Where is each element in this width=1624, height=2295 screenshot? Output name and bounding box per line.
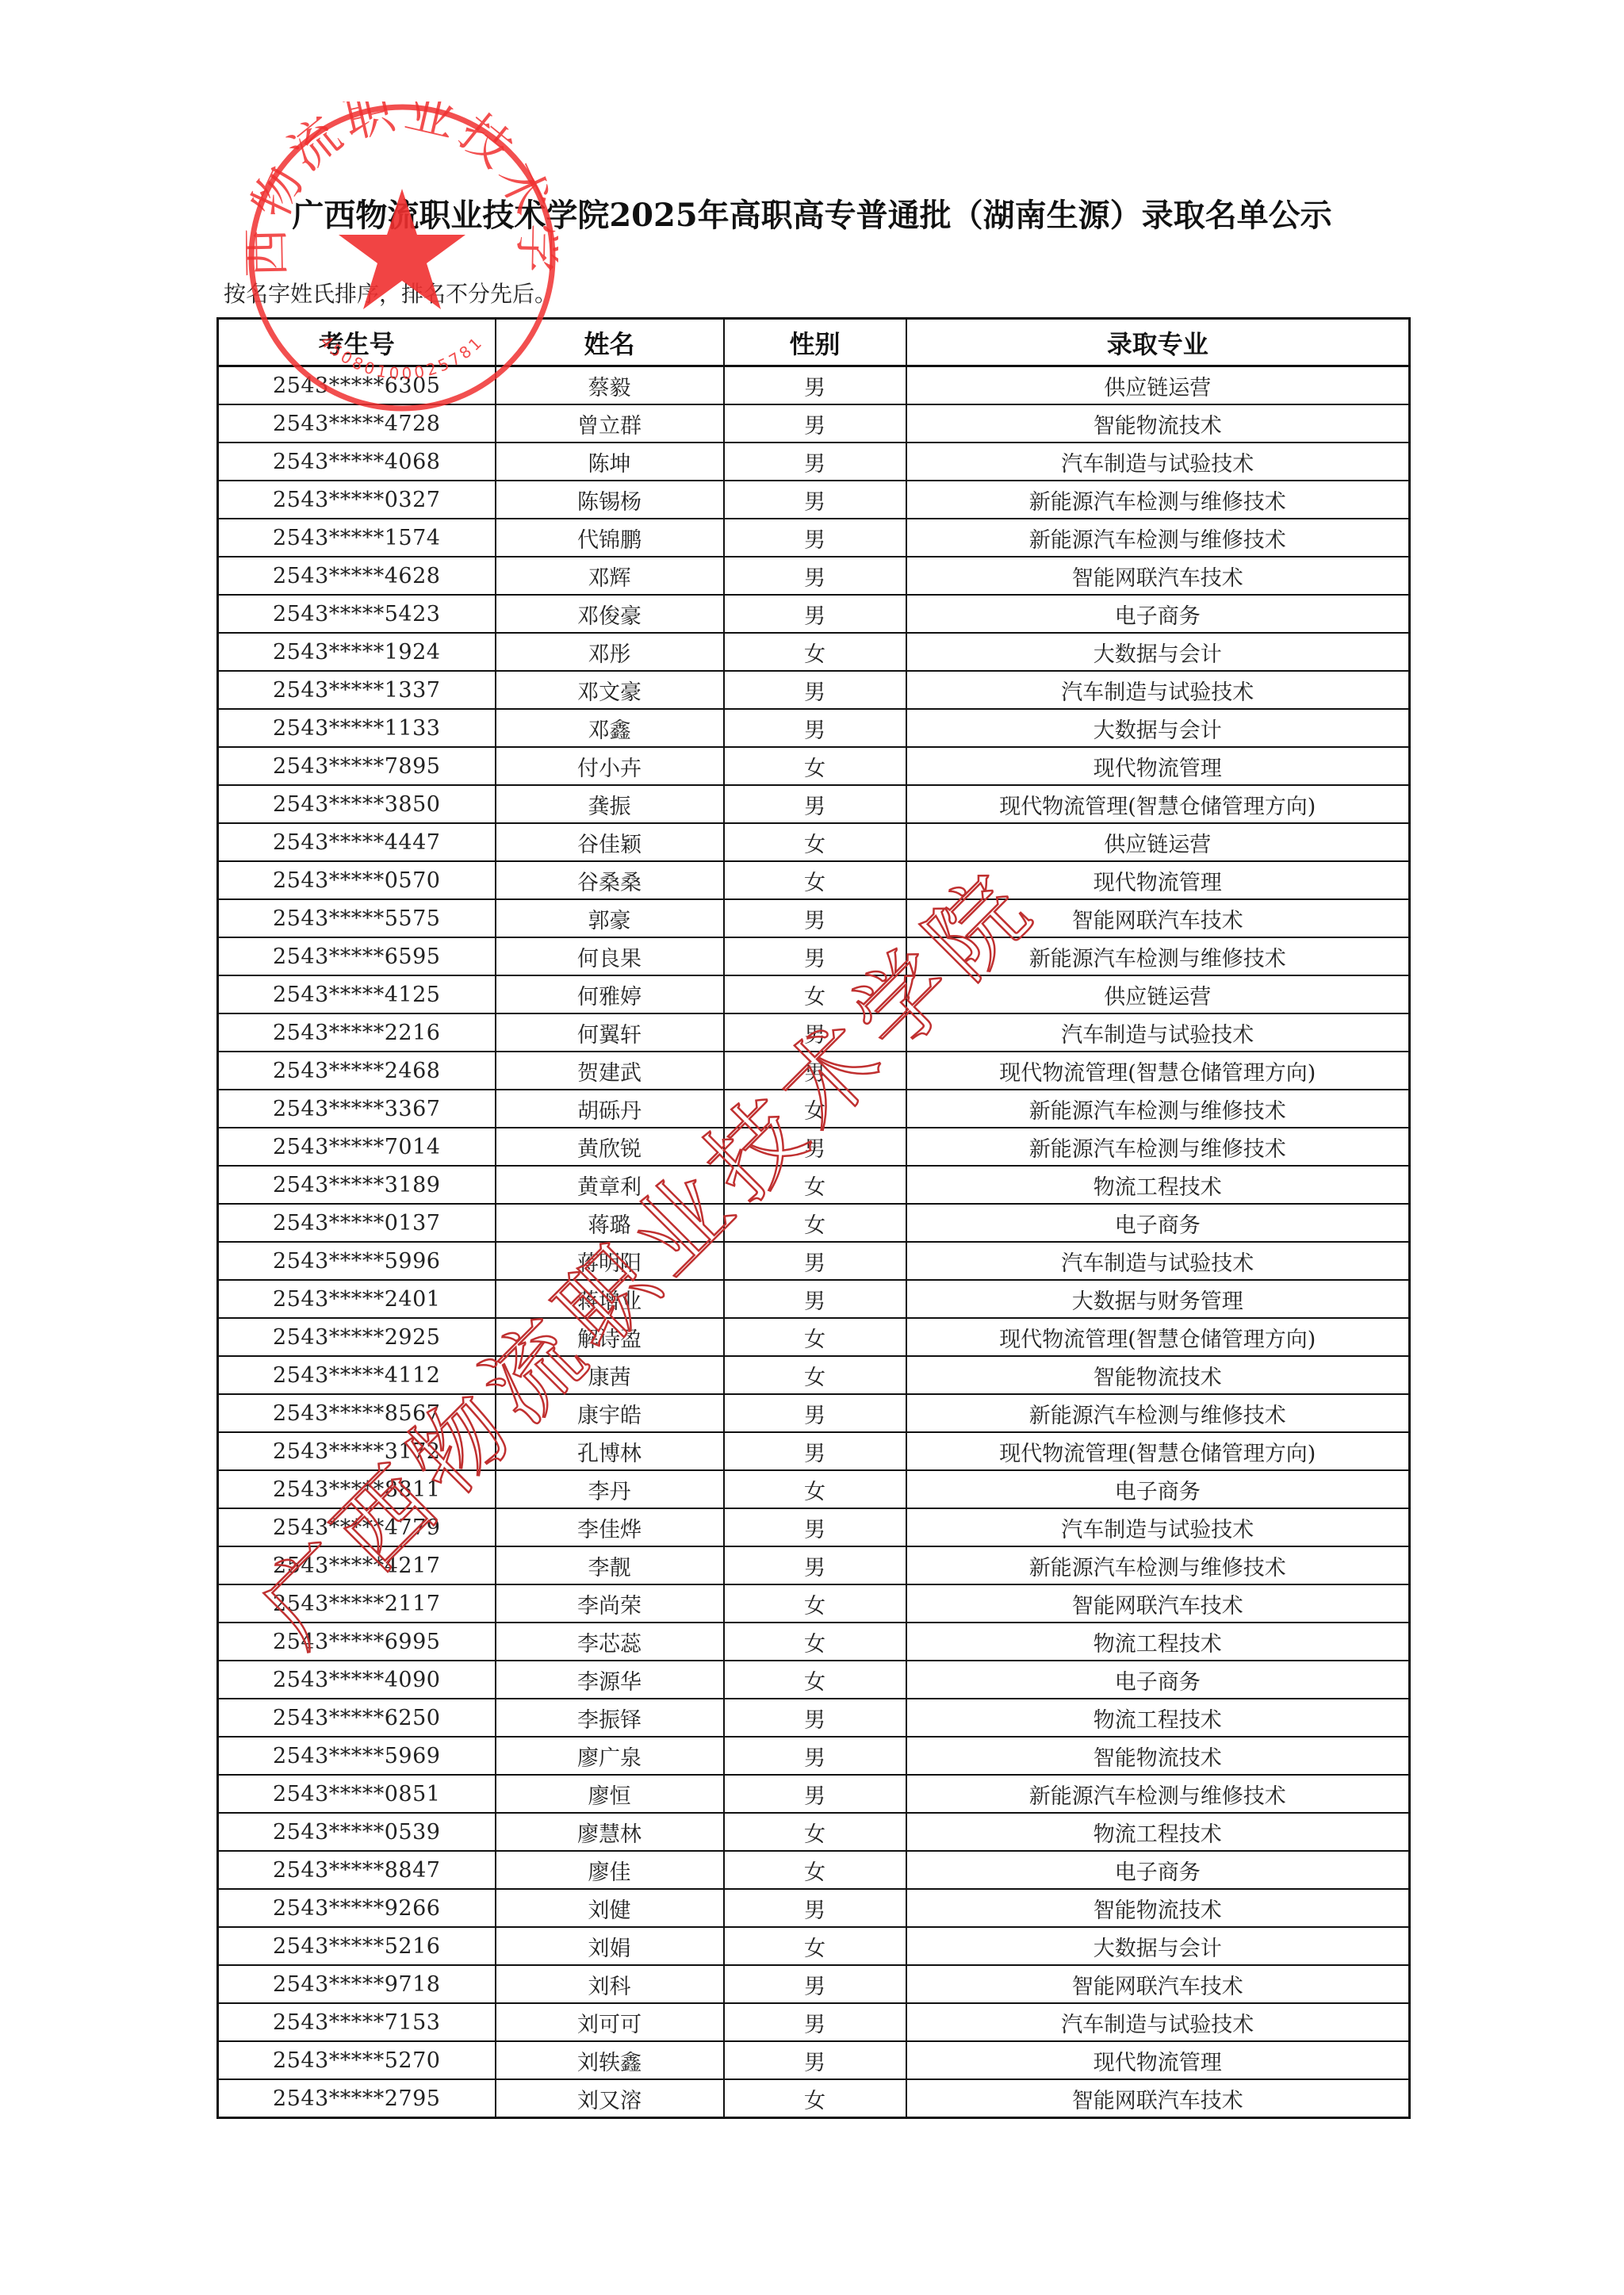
cell-major: 智能物流技术	[906, 1889, 1410, 1927]
cell-gender: 男	[724, 671, 906, 709]
table-row: 2543*****5575郭豪男智能网联汽车技术	[218, 899, 1410, 937]
sorting-note: 按名字姓氏排序，排名不分先后。	[224, 277, 557, 308]
cell-exam-id: 2543*****3850	[218, 785, 496, 823]
cell-gender: 女	[724, 975, 906, 1013]
cell-major: 供应链运营	[906, 366, 1410, 405]
cell-gender: 女	[724, 823, 906, 861]
cell-gender: 男	[724, 709, 906, 747]
cell-exam-id: 2543*****5270	[218, 2041, 496, 2079]
cell-major: 现代物流管理	[906, 2041, 1410, 2079]
cell-exam-id: 2543*****9718	[218, 1965, 496, 2003]
cell-gender: 男	[724, 519, 906, 557]
table-row: 2543*****8567康宇皓男新能源汽车检测与维修技术	[218, 1394, 1410, 1432]
cell-exam-id: 2543*****6995	[218, 1623, 496, 1661]
cell-exam-id: 2543*****2468	[218, 1052, 496, 1090]
cell-name: 贺建武	[496, 1052, 724, 1090]
cell-major: 电子商务	[906, 1204, 1410, 1242]
cell-exam-id: 2543*****3367	[218, 1090, 496, 1128]
table-row: 2543*****1133邓鑫男大数据与会计	[218, 709, 1410, 747]
cell-gender: 男	[724, 1889, 906, 1927]
cell-gender: 女	[724, 1661, 906, 1699]
table-row: 2543*****4112康茜女智能物流技术	[218, 1356, 1410, 1394]
cell-gender: 男	[724, 2041, 906, 2079]
table-row: 2543*****0851廖恒男新能源汽车检测与维修技术	[218, 1775, 1410, 1813]
cell-exam-id: 2543*****7153	[218, 2003, 496, 2041]
cell-gender: 女	[724, 1470, 906, 1508]
cell-name: 何良果	[496, 937, 724, 975]
cell-exam-id: 2543*****8811	[218, 1470, 496, 1508]
cell-major: 现代物流管理(智慧仓储管理方向)	[906, 1318, 1410, 1356]
table-row: 2543*****2468贺建武男现代物流管理(智慧仓储管理方向)	[218, 1052, 1410, 1090]
cell-exam-id: 2543*****8567	[218, 1394, 496, 1432]
cell-gender: 女	[724, 1584, 906, 1623]
cell-exam-id: 2543*****2795	[218, 2079, 496, 2118]
cell-name: 李丹	[496, 1470, 724, 1508]
cell-name: 郭豪	[496, 899, 724, 937]
cell-exam-id: 2543*****7895	[218, 747, 496, 785]
cell-name: 刘又溶	[496, 2079, 724, 2118]
header-gender: 性别	[724, 319, 906, 366]
table-row: 2543*****4125何雅婷女供应链运营	[218, 975, 1410, 1013]
cell-name: 邓俊豪	[496, 595, 724, 633]
cell-gender: 男	[724, 1013, 906, 1052]
cell-major: 电子商务	[906, 1661, 1410, 1699]
cell-major: 电子商务	[906, 595, 1410, 633]
cell-gender: 男	[724, 366, 906, 405]
cell-major: 供应链运营	[906, 823, 1410, 861]
cell-name: 康茜	[496, 1356, 724, 1394]
table-row: 2543*****3850龚振男现代物流管理(智慧仓储管理方向)	[218, 785, 1410, 823]
cell-name: 李尚荣	[496, 1584, 724, 1623]
cell-major: 电子商务	[906, 1470, 1410, 1508]
cell-exam-id: 2543*****2925	[218, 1318, 496, 1356]
table-row: 2543*****3172孔博林男现代物流管理(智慧仓储管理方向)	[218, 1432, 1410, 1470]
cell-gender: 男	[724, 1052, 906, 1090]
table-row: 2543*****7153刘可可男汽车制造与试验技术	[218, 2003, 1410, 2041]
cell-major: 物流工程技术	[906, 1623, 1410, 1661]
table-row: 2543*****5996蒋明阳男汽车制造与试验技术	[218, 1242, 1410, 1280]
cell-name: 李振铎	[496, 1699, 724, 1737]
cell-exam-id: 2543*****9266	[218, 1889, 496, 1927]
table-body: 2543*****6305蔡毅男供应链运营2543*****4728曾立群男智能…	[218, 366, 1410, 2118]
cell-exam-id: 2543*****0327	[218, 481, 496, 519]
header-name: 姓名	[496, 319, 724, 366]
cell-name: 邓彤	[496, 633, 724, 671]
cell-name: 蒋明阳	[496, 1242, 724, 1280]
cell-gender: 男	[724, 1546, 906, 1584]
cell-name: 廖广泉	[496, 1737, 724, 1775]
cell-gender: 男	[724, 1394, 906, 1432]
cell-major: 新能源汽车检测与维修技术	[906, 481, 1410, 519]
cell-major: 新能源汽车检测与维修技术	[906, 1394, 1410, 1432]
cell-exam-id: 2543*****6250	[218, 1699, 496, 1737]
cell-exam-id: 2543*****4217	[218, 1546, 496, 1584]
cell-major: 智能网联汽车技术	[906, 557, 1410, 595]
cell-gender: 男	[724, 404, 906, 443]
cell-name: 廖恒	[496, 1775, 724, 1813]
cell-major: 新能源汽车检测与维修技术	[906, 519, 1410, 557]
cell-exam-id: 2543*****4628	[218, 557, 496, 595]
table-header-row: 考生号 姓名 性别 录取专业	[218, 319, 1410, 366]
cell-exam-id: 2543*****6305	[218, 366, 496, 405]
cell-name: 孔博林	[496, 1432, 724, 1470]
table-row: 2543*****7895付小卉女现代物流管理	[218, 747, 1410, 785]
cell-major: 物流工程技术	[906, 1166, 1410, 1204]
table-row: 2543*****5969廖广泉男智能物流技术	[218, 1737, 1410, 1775]
cell-major: 汽车制造与试验技术	[906, 443, 1410, 481]
cell-name: 廖佳	[496, 1851, 724, 1889]
cell-gender: 男	[724, 1242, 906, 1280]
cell-name: 李芯蕊	[496, 1623, 724, 1661]
cell-gender: 女	[724, 2079, 906, 2118]
cell-gender: 女	[724, 861, 906, 899]
cell-name: 刘健	[496, 1889, 724, 1927]
cell-gender: 男	[724, 1737, 906, 1775]
cell-gender: 女	[724, 1090, 906, 1128]
cell-major: 汽车制造与试验技术	[906, 1242, 1410, 1280]
cell-name: 龚振	[496, 785, 724, 823]
cell-name: 李源华	[496, 1661, 724, 1699]
cell-exam-id: 2543*****4112	[218, 1356, 496, 1394]
cell-gender: 女	[724, 1318, 906, 1356]
cell-gender: 男	[724, 899, 906, 937]
cell-exam-id: 2543*****3189	[218, 1166, 496, 1204]
cell-gender: 男	[724, 1128, 906, 1166]
table-row: 2543*****6305蔡毅男供应链运营	[218, 366, 1410, 405]
cell-gender: 男	[724, 481, 906, 519]
table-row: 2543*****1574代锦鹏男新能源汽车检测与维修技术	[218, 519, 1410, 557]
table-row: 2543*****2401蒋增业男大数据与财务管理	[218, 1280, 1410, 1318]
cell-major: 智能物流技术	[906, 1737, 1410, 1775]
cell-major: 新能源汽车检测与维修技术	[906, 1128, 1410, 1166]
cell-gender: 女	[724, 633, 906, 671]
cell-name: 刘娟	[496, 1927, 724, 1965]
cell-exam-id: 2543*****7014	[218, 1128, 496, 1166]
cell-major: 供应链运营	[906, 975, 1410, 1013]
cell-major: 物流工程技术	[906, 1813, 1410, 1851]
cell-exam-id: 2543*****8847	[218, 1851, 496, 1889]
cell-major: 现代物流管理	[906, 861, 1410, 899]
cell-exam-id: 2543*****6595	[218, 937, 496, 975]
cell-gender: 男	[724, 785, 906, 823]
cell-gender: 男	[724, 1699, 906, 1737]
cell-gender: 女	[724, 1166, 906, 1204]
table-row: 2543*****5423邓俊豪男电子商务	[218, 595, 1410, 633]
cell-major: 大数据与会计	[906, 633, 1410, 671]
table-row: 2543*****8847廖佳女电子商务	[218, 1851, 1410, 1889]
table-row: 2543*****2925解诗盈女现代物流管理(智慧仓储管理方向)	[218, 1318, 1410, 1356]
cell-name: 何雅婷	[496, 975, 724, 1013]
cell-exam-id: 2543*****2117	[218, 1584, 496, 1623]
cell-major: 现代物流管理(智慧仓储管理方向)	[906, 785, 1410, 823]
table-row: 2543*****2216何翼轩男汽车制造与试验技术	[218, 1013, 1410, 1052]
cell-major: 汽车制造与试验技术	[906, 1013, 1410, 1052]
cell-gender: 女	[724, 1204, 906, 1242]
cell-name: 黄欣锐	[496, 1128, 724, 1166]
cell-name: 刘科	[496, 1965, 724, 2003]
header-major: 录取专业	[906, 319, 1410, 366]
cell-major: 现代物流管理(智慧仓储管理方向)	[906, 1052, 1410, 1090]
cell-gender: 男	[724, 595, 906, 633]
table-row: 2543*****9266刘健男智能物流技术	[218, 1889, 1410, 1927]
cell-name: 蒋璐	[496, 1204, 724, 1242]
table-row: 2543*****7014黄欣锐男新能源汽车检测与维修技术	[218, 1128, 1410, 1166]
cell-major: 汽车制造与试验技术	[906, 2003, 1410, 2041]
cell-exam-id: 2543*****4125	[218, 975, 496, 1013]
cell-major: 大数据与财务管理	[906, 1280, 1410, 1318]
table-row: 2543*****2117李尚荣女智能网联汽车技术	[218, 1584, 1410, 1623]
cell-exam-id: 2543*****4779	[218, 1508, 496, 1546]
table-row: 2543*****1924邓彤女大数据与会计	[218, 633, 1410, 671]
cell-name: 代锦鹏	[496, 519, 724, 557]
cell-major: 智能物流技术	[906, 404, 1410, 443]
cell-major: 新能源汽车检测与维修技术	[906, 1090, 1410, 1128]
cell-exam-id: 2543*****1133	[218, 709, 496, 747]
cell-name: 刘轶鑫	[496, 2041, 724, 2079]
cell-gender: 女	[724, 1623, 906, 1661]
table-row: 2543*****0327陈锡杨男新能源汽车检测与维修技术	[218, 481, 1410, 519]
cell-exam-id: 2543*****5575	[218, 899, 496, 937]
table-row: 2543*****0539廖慧林女物流工程技术	[218, 1813, 1410, 1851]
cell-name: 刘可可	[496, 2003, 724, 2041]
cell-gender: 男	[724, 937, 906, 975]
cell-gender: 男	[724, 1280, 906, 1318]
cell-exam-id: 2543*****0851	[218, 1775, 496, 1813]
table-row: 2543*****9718刘科男智能网联汽车技术	[218, 1965, 1410, 2003]
cell-exam-id: 2543*****4447	[218, 823, 496, 861]
cell-name: 黄章利	[496, 1166, 724, 1204]
cell-name: 付小卉	[496, 747, 724, 785]
cell-major: 电子商务	[906, 1851, 1410, 1889]
table-row: 2543*****2795刘又溶女智能网联汽车技术	[218, 2079, 1410, 2118]
table-row: 2543*****4090李源华女电子商务	[218, 1661, 1410, 1699]
cell-name: 何翼轩	[496, 1013, 724, 1052]
cell-name: 廖慧林	[496, 1813, 724, 1851]
cell-name: 陈坤	[496, 443, 724, 481]
cell-gender: 男	[724, 1432, 906, 1470]
cell-major: 智能网联汽车技术	[906, 899, 1410, 937]
table-row: 2543*****4447谷佳颖女供应链运营	[218, 823, 1410, 861]
cell-major: 智能网联汽车技术	[906, 1965, 1410, 2003]
admission-table: 考生号 姓名 性别 录取专业 2543*****6305蔡毅男供应链运营2543…	[216, 317, 1411, 2119]
cell-major: 现代物流管理(智慧仓储管理方向)	[906, 1432, 1410, 1470]
cell-exam-id: 2543*****4090	[218, 1661, 496, 1699]
cell-major: 汽车制造与试验技术	[906, 671, 1410, 709]
cell-name: 谷桑桑	[496, 861, 724, 899]
cell-exam-id: 2543*****1574	[218, 519, 496, 557]
cell-major: 新能源汽车检测与维修技术	[906, 1775, 1410, 1813]
cell-exam-id: 2543*****2401	[218, 1280, 496, 1318]
cell-name: 曾立群	[496, 404, 724, 443]
cell-gender: 女	[724, 1927, 906, 1965]
cell-exam-id: 2543*****5996	[218, 1242, 496, 1280]
cell-name: 胡砾丹	[496, 1090, 724, 1128]
cell-gender: 男	[724, 443, 906, 481]
cell-name: 蒋增业	[496, 1280, 724, 1318]
cell-exam-id: 2543*****1337	[218, 671, 496, 709]
table-row: 2543*****4779李佳烨男汽车制造与试验技术	[218, 1508, 1410, 1546]
cell-major: 现代物流管理	[906, 747, 1410, 785]
cell-gender: 女	[724, 1851, 906, 1889]
cell-gender: 女	[724, 1813, 906, 1851]
cell-gender: 女	[724, 747, 906, 785]
cell-name: 邓文豪	[496, 671, 724, 709]
table-row: 2543*****6595何良果男新能源汽车检测与维修技术	[218, 937, 1410, 975]
table-row: 2543*****1337邓文豪男汽车制造与试验技术	[218, 671, 1410, 709]
table-row: 2543*****3367胡砾丹女新能源汽车检测与维修技术	[218, 1090, 1410, 1128]
cell-gender: 男	[724, 1508, 906, 1546]
table-row: 2543*****5270刘轶鑫男现代物流管理	[218, 2041, 1410, 2079]
cell-name: 李佳烨	[496, 1508, 724, 1546]
table-row: 2543*****4217李靓男新能源汽车检测与维修技术	[218, 1546, 1410, 1584]
table-row: 2543*****6250李振铎男物流工程技术	[218, 1699, 1410, 1737]
table-row: 2543*****0570谷桑桑女现代物流管理	[218, 861, 1410, 899]
cell-exam-id: 2543*****5969	[218, 1737, 496, 1775]
cell-exam-id: 2543*****1924	[218, 633, 496, 671]
cell-exam-id: 2543*****3172	[218, 1432, 496, 1470]
cell-exam-id: 2543*****2216	[218, 1013, 496, 1052]
cell-exam-id: 2543*****0570	[218, 861, 496, 899]
cell-name: 陈锡杨	[496, 481, 724, 519]
cell-name: 康宇皓	[496, 1394, 724, 1432]
cell-gender: 女	[724, 1356, 906, 1394]
cell-major: 新能源汽车检测与维修技术	[906, 937, 1410, 975]
cell-major: 物流工程技术	[906, 1699, 1410, 1737]
header-exam-id: 考生号	[218, 319, 496, 366]
cell-gender: 男	[724, 557, 906, 595]
cell-major: 智能物流技术	[906, 1356, 1410, 1394]
table-row: 2543*****3189黄章利女物流工程技术	[218, 1166, 1410, 1204]
cell-exam-id: 2543*****5423	[218, 595, 496, 633]
cell-name: 李靓	[496, 1546, 724, 1584]
cell-gender: 男	[724, 1775, 906, 1813]
cell-gender: 男	[724, 1965, 906, 2003]
cell-exam-id: 2543*****0137	[218, 1204, 496, 1242]
cell-major: 汽车制造与试验技术	[906, 1508, 1410, 1546]
cell-name: 解诗盈	[496, 1318, 724, 1356]
cell-gender: 男	[724, 2003, 906, 2041]
page-title: 广西物流职业技术学院2025年高职高专普通批（湖南生源）录取名单公示	[0, 190, 1624, 236]
cell-exam-id: 2543*****4068	[218, 443, 496, 481]
cell-exam-id: 2543*****4728	[218, 404, 496, 443]
cell-major: 大数据与会计	[906, 709, 1410, 747]
cell-name: 谷佳颖	[496, 823, 724, 861]
cell-major: 智能网联汽车技术	[906, 2079, 1410, 2118]
table-row: 2543*****4628邓辉男智能网联汽车技术	[218, 557, 1410, 595]
cell-name: 邓鑫	[496, 709, 724, 747]
table-row: 2543*****4728曾立群男智能物流技术	[218, 404, 1410, 443]
table-row: 2543*****6995李芯蕊女物流工程技术	[218, 1623, 1410, 1661]
cell-exam-id: 2543*****0539	[218, 1813, 496, 1851]
cell-name: 蔡毅	[496, 366, 724, 405]
cell-exam-id: 2543*****5216	[218, 1927, 496, 1965]
cell-major: 智能网联汽车技术	[906, 1584, 1410, 1623]
cell-major: 新能源汽车检测与维修技术	[906, 1546, 1410, 1584]
cell-major: 大数据与会计	[906, 1927, 1410, 1965]
cell-name: 邓辉	[496, 557, 724, 595]
table-row: 2543*****8811李丹女电子商务	[218, 1470, 1410, 1508]
table-row: 2543*****4068陈坤男汽车制造与试验技术	[218, 443, 1410, 481]
table-row: 2543*****5216刘娟女大数据与会计	[218, 1927, 1410, 1965]
table-row: 2543*****0137蒋璐女电子商务	[218, 1204, 1410, 1242]
